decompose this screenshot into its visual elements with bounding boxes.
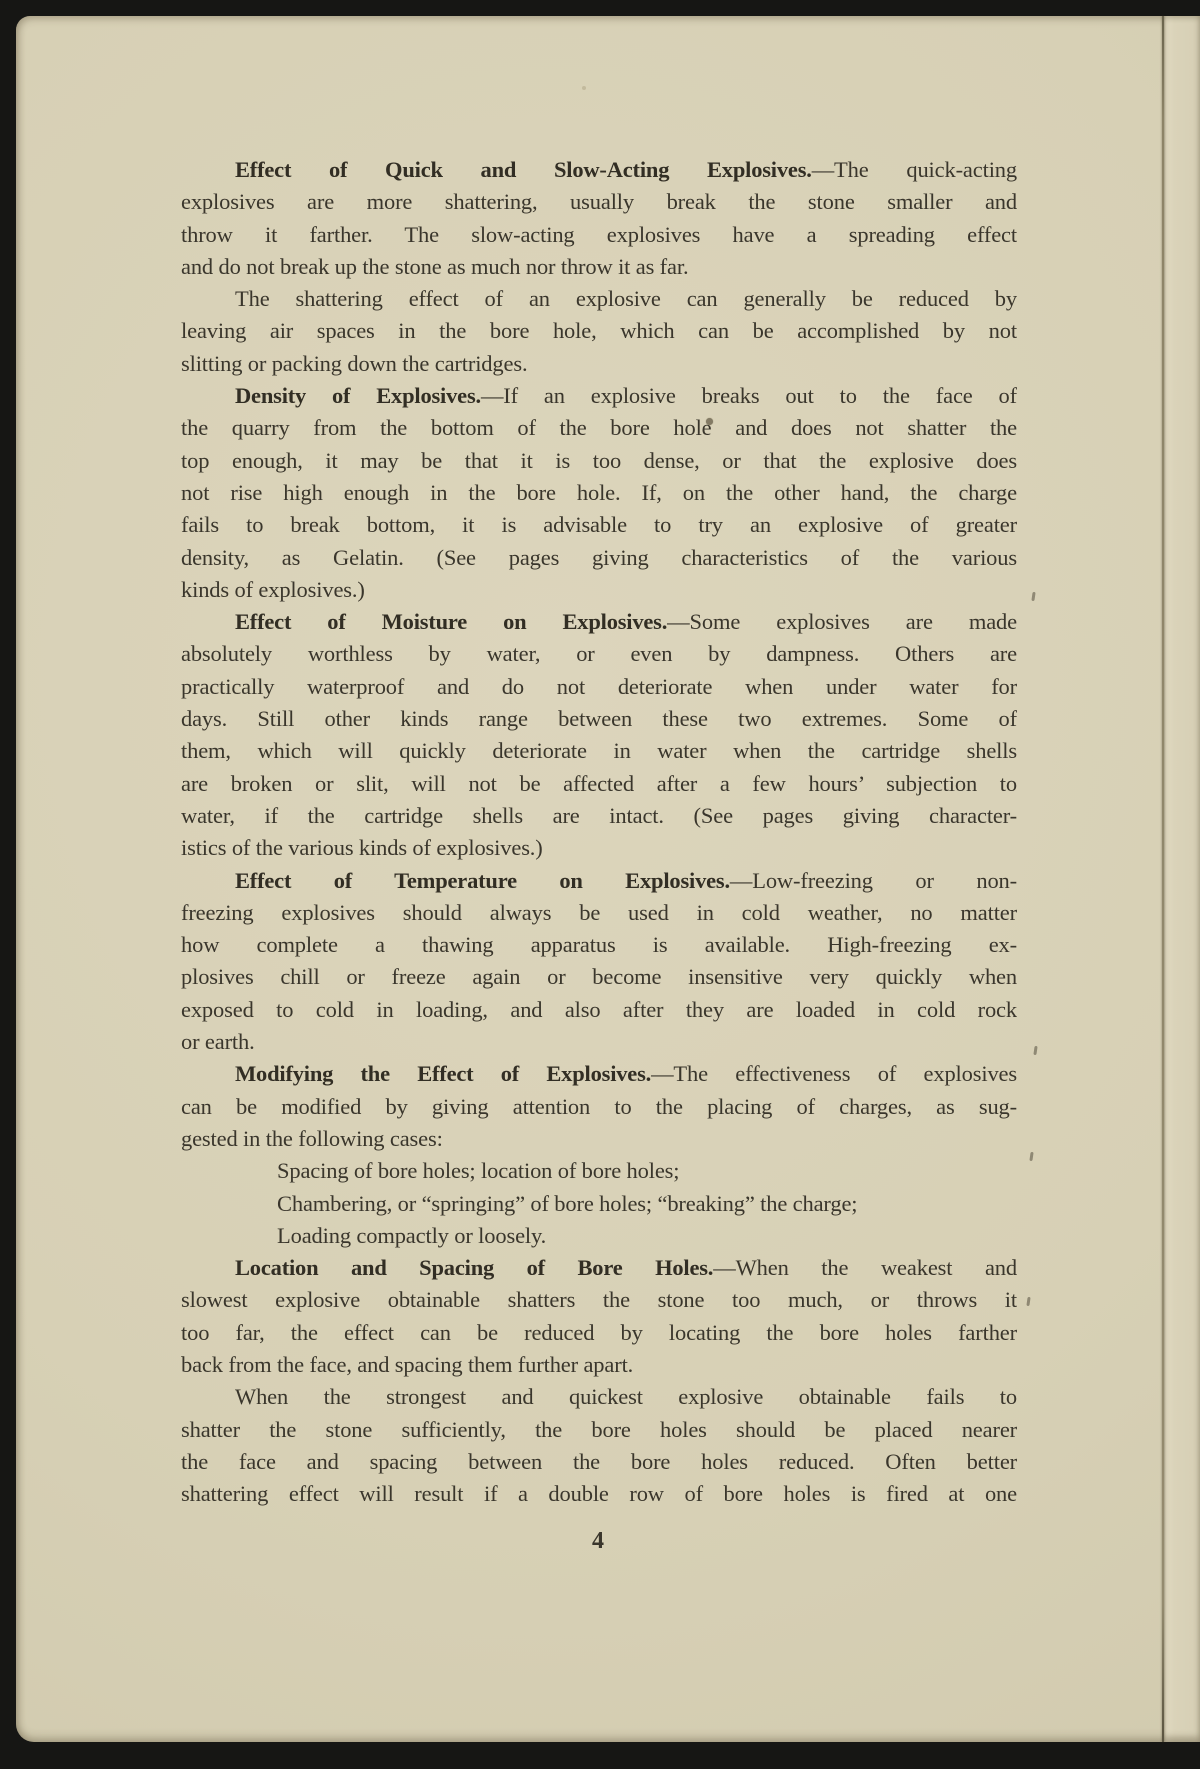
text-line: the quarry from the bottom of the bore h… (181, 412, 1017, 444)
text-line: freezing explosives should always be use… (181, 897, 1017, 929)
heading-line: Location and Spacing of Bore Holes.—When… (181, 1252, 1017, 1284)
line-text: slitting or packing down the cartridges. (181, 351, 527, 376)
text-line: plosives chill or freeze again or become… (181, 961, 1017, 993)
line-text: fails to break bottom, it is advisable t… (181, 512, 1017, 537)
line-text: —If an explosive breaks out to the face … (481, 383, 1017, 408)
line-text: leaving air spaces in the bore hole, whi… (181, 318, 1017, 343)
text-line: fails to break bottom, it is advisable t… (181, 509, 1017, 541)
heading-line: Density of Explosives.—If an explosive b… (181, 380, 1017, 412)
line-text: —The effectiveness of explosives (651, 1061, 1017, 1086)
line-text: and do not break up the stone as much no… (181, 254, 688, 279)
text-line: them, which will quickly deteriorate in … (181, 735, 1017, 767)
text-line: Spacing of bore holes; location of bore … (181, 1155, 1017, 1187)
text-line: istics of the various kinds of explosive… (181, 832, 1017, 864)
text-line: practically waterproof and do not deteri… (181, 671, 1017, 703)
para-strongest: When the strongest and quickest explosiv… (181, 1381, 1017, 1510)
para-density: Density of Explosives.—If an explosive b… (181, 380, 1017, 606)
line-text: kinds of explosives.) (181, 577, 365, 602)
line-text: can be modified by giving attention to t… (181, 1094, 1017, 1119)
section-heading: Location and Spacing of Bore Holes. (235, 1255, 713, 1280)
text-line: explosives are more shattering, usually … (181, 186, 1017, 218)
text-block: Effect of Quick and Slow-Acting Explosiv… (181, 154, 1017, 1510)
line-text: istics of the various kinds of explosive… (181, 835, 543, 860)
text-line: The shattering effect of an explosive ca… (181, 283, 1017, 315)
text-line: absolutely worthless by water, or even b… (181, 638, 1017, 670)
text-line: back from the face, and spacing them fur… (181, 1349, 1017, 1381)
para-modifying: Modifying the Effect of Explosives.—The … (181, 1058, 1017, 1155)
text-line: top enough, it may be that it is too den… (181, 445, 1017, 477)
line-text: water, if the cartridge shells are intac… (181, 803, 1017, 828)
text-line: shattering effect will result if a doubl… (181, 1478, 1017, 1510)
line-text: The shattering effect of an explosive ca… (235, 286, 1017, 311)
line-text: how complete a thawing apparatus is avai… (181, 932, 1017, 957)
adjacent-page-edge (1163, 16, 1200, 1742)
line-text: plosives chill or freeze again or become… (181, 964, 1017, 989)
text-line: can be modified by giving attention to t… (181, 1091, 1017, 1123)
line-text: Loading compactly or loosely. (277, 1223, 546, 1248)
para-shattering-reduced: The shattering effect of an explosive ca… (181, 283, 1017, 380)
line-text: back from the face, and spacing them fur… (181, 1352, 633, 1377)
line-text: —The quick-acting (812, 157, 1017, 182)
line-text: the face and spacing between the bore ho… (181, 1449, 1017, 1474)
text-line: days. Still other kinds range between th… (181, 703, 1017, 735)
para-moisture: Effect of Moisture on Explosives.—Some e… (181, 606, 1017, 864)
text-line: or earth. (181, 1026, 1017, 1058)
heading-line: Modifying the Effect of Explosives.—The … (181, 1058, 1017, 1090)
line-text: density, as Gelatin. (See pages giving c… (181, 545, 1017, 570)
scan-speck (1026, 1297, 1030, 1306)
text-line: When the strongest and quickest explosiv… (181, 1381, 1017, 1413)
line-text: throw it farther. The slow-acting explos… (181, 222, 1017, 247)
page-crease (1162, 16, 1164, 1742)
heading-line: Effect of Temperature on Explosives.—Low… (181, 865, 1017, 897)
text-line: the face and spacing between the bore ho… (181, 1446, 1017, 1478)
section-heading: Modifying the Effect of Explosives. (235, 1061, 651, 1086)
text-line: too far, the effect can be reduced by lo… (181, 1317, 1017, 1349)
line-text: When the strongest and quickest explosiv… (235, 1384, 1017, 1409)
section-heading: Effect of Moisture on Explosives. (235, 609, 667, 634)
para-temperature: Effect of Temperature on Explosives.—Low… (181, 865, 1017, 1059)
text-line: throw it farther. The slow-acting explos… (181, 219, 1017, 251)
text-line: shatter the stone sufficiently, the bore… (181, 1414, 1017, 1446)
section-heading: Effect of Quick and Slow-Acting Explosiv… (235, 157, 812, 182)
heading-line: Effect of Moisture on Explosives.—Some e… (181, 606, 1017, 638)
text-line: how complete a thawing apparatus is avai… (181, 929, 1017, 961)
text-line: kinds of explosives.) (181, 574, 1017, 606)
text-line: slitting or packing down the cartridges. (181, 348, 1017, 380)
section-heading: Effect of Temperature on Explosives. (235, 868, 730, 893)
line-text: absolutely worthless by water, or even b… (181, 641, 1017, 666)
line-text: —When the weakest and (713, 1255, 1017, 1280)
line-text: —Some explosives are made (667, 609, 1017, 634)
line-text: or earth. (181, 1029, 255, 1054)
page-number: 4 (16, 1528, 1180, 1555)
text-line: are broken or slit, will not be affected… (181, 768, 1017, 800)
para-location-spacing: Location and Spacing of Bore Holes.—When… (181, 1252, 1017, 1381)
line-text: shatter the stone sufficiently, the bore… (181, 1417, 1017, 1442)
line-text: exposed to cold in loading, and also aft… (181, 997, 1017, 1022)
text-line: Loading compactly or loosely. (181, 1220, 1017, 1252)
scan-background: Effect of Quick and Slow-Acting Explosiv… (0, 0, 1200, 1769)
list-cases: Spacing of bore holes; location of bore … (181, 1155, 1017, 1252)
line-text: not rise high enough in the bore hole. I… (181, 480, 1017, 505)
line-text: the quarry from the bottom of the bore h… (181, 415, 1017, 440)
scan-speck (1029, 1152, 1033, 1161)
line-text: Chambering, or “springing” of bore holes… (277, 1191, 857, 1216)
line-text: explosives are more shattering, usually … (181, 189, 1017, 214)
line-text: them, which will quickly deteriorate in … (181, 738, 1017, 763)
section-heading: Density of Explosives. (235, 383, 481, 408)
text-line: density, as Gelatin. (See pages giving c… (181, 542, 1017, 574)
line-text: are broken or slit, will not be affected… (181, 771, 1017, 796)
line-text: Spacing of bore holes; location of bore … (277, 1158, 679, 1183)
line-text: too far, the effect can be reduced by lo… (181, 1320, 1017, 1345)
para-quick-slow: Effect of Quick and Slow-Acting Explosiv… (181, 154, 1017, 283)
text-line: not rise high enough in the bore hole. I… (181, 477, 1017, 509)
scan-speck (582, 86, 586, 90)
line-text: shattering effect will result if a doubl… (181, 1481, 1017, 1506)
text-line: slowest explosive obtainable shatters th… (181, 1284, 1017, 1316)
text-line: water, if the cartridge shells are intac… (181, 800, 1017, 832)
line-text: top enough, it may be that it is too den… (181, 448, 1017, 473)
book-page: Effect of Quick and Slow-Acting Explosiv… (16, 16, 1200, 1742)
text-line: gested in the following cases: (181, 1123, 1017, 1155)
text-line: and do not break up the stone as much no… (181, 251, 1017, 283)
line-text: slowest explosive obtainable shatters th… (181, 1287, 1017, 1312)
line-text: practically waterproof and do not deteri… (181, 674, 1017, 699)
heading-line: Effect of Quick and Slow-Acting Explosiv… (181, 154, 1017, 186)
scan-speck (1031, 592, 1035, 601)
line-text: days. Still other kinds range between th… (181, 706, 1017, 731)
text-line: leaving air spaces in the bore hole, whi… (181, 315, 1017, 347)
scan-speck (1033, 1046, 1037, 1055)
text-line: Chambering, or “springing” of bore holes… (181, 1188, 1017, 1220)
text-line: exposed to cold in loading, and also aft… (181, 994, 1017, 1026)
line-text: gested in the following cases: (181, 1126, 443, 1151)
line-text: freezing explosives should always be use… (181, 900, 1017, 925)
line-text: —Low-freezing or non- (730, 868, 1017, 893)
